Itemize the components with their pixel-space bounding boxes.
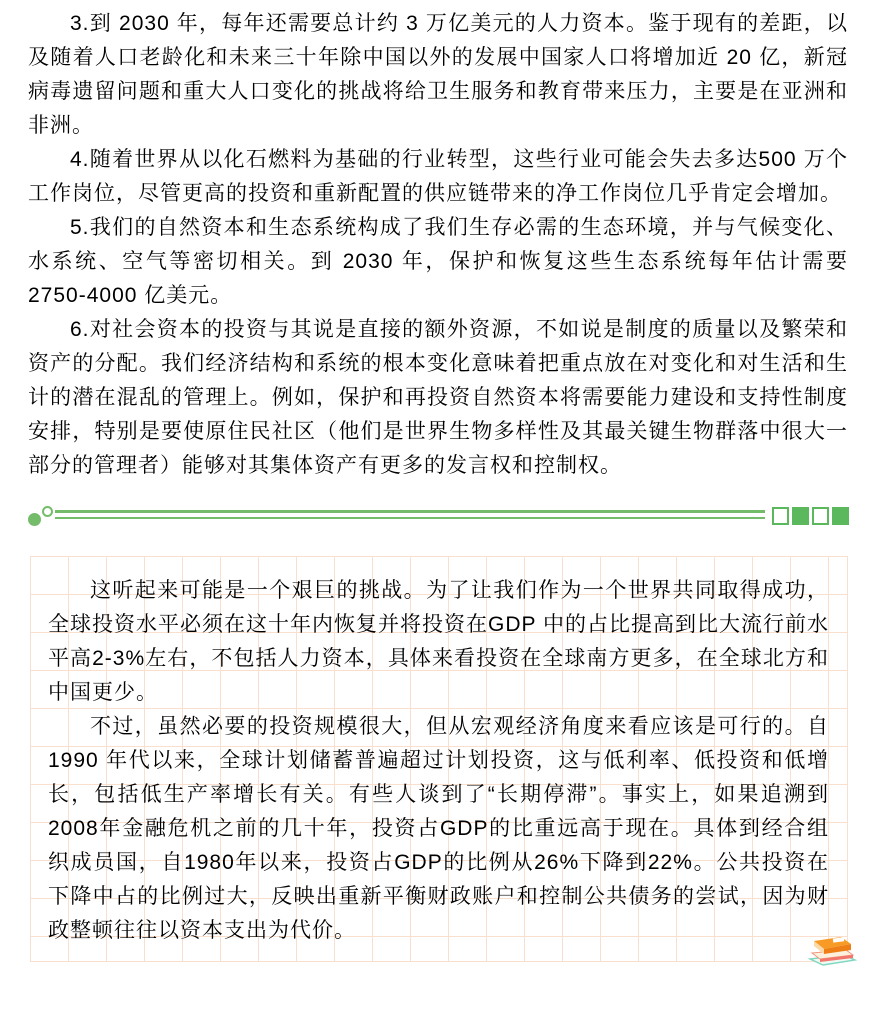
divider-squares xyxy=(772,507,849,525)
divider-square-outline-icon xyxy=(772,507,789,525)
document-page: 3.到 2030 年，每年还需要总计约 3 万亿美元的人力资本。鉴于现有的差距，… xyxy=(0,0,877,1009)
note-paragraph-2: 不过，虽然必要的投资规模很大，但从宏观经济角度来看应该是可行的。自 1990 年… xyxy=(48,710,829,948)
divider-double-line xyxy=(55,510,765,519)
note-paragraph-1: 这听起来可能是一个艰巨的挑战。为了让我们作为一个世界共同取得成功，全球投资水平必… xyxy=(48,574,829,710)
stacked-books-icon xyxy=(803,931,857,969)
notebook-grid-section: 这听起来可能是一个艰巨的挑战。为了让我们作为一个世界共同取得成功，全球投资水平必… xyxy=(30,556,848,962)
article-paragraph-4: 4.随着世界从以化石燃料为基础的行业转型，这些行业可能会失去多达500 万个工作… xyxy=(28,143,848,211)
divider-square-filled-icon xyxy=(792,507,809,525)
divider-ring-icon xyxy=(42,506,53,517)
divider-square-outline-icon xyxy=(812,507,829,525)
section-divider xyxy=(28,506,849,528)
article-paragraph-6: 6.对社会资本的投资与其说是直接的额外资源，不如说是制度的质量以及繁荣和资产的分… xyxy=(28,313,848,483)
article-paragraph-5: 5.我们的自然资本和生态系统构成了我们生存必需的生态环境，并与气候变化、水系统、… xyxy=(28,211,848,313)
divider-square-filled-icon xyxy=(832,507,849,525)
article-paragraph-3: 3.到 2030 年，每年还需要总计约 3 万亿美元的人力资本。鉴于现有的差距，… xyxy=(28,7,848,143)
divider-dot-icon xyxy=(28,513,41,526)
article-text-section: 3.到 2030 年，每年还需要总计约 3 万亿美元的人力资本。鉴于现有的差距，… xyxy=(0,0,877,486)
